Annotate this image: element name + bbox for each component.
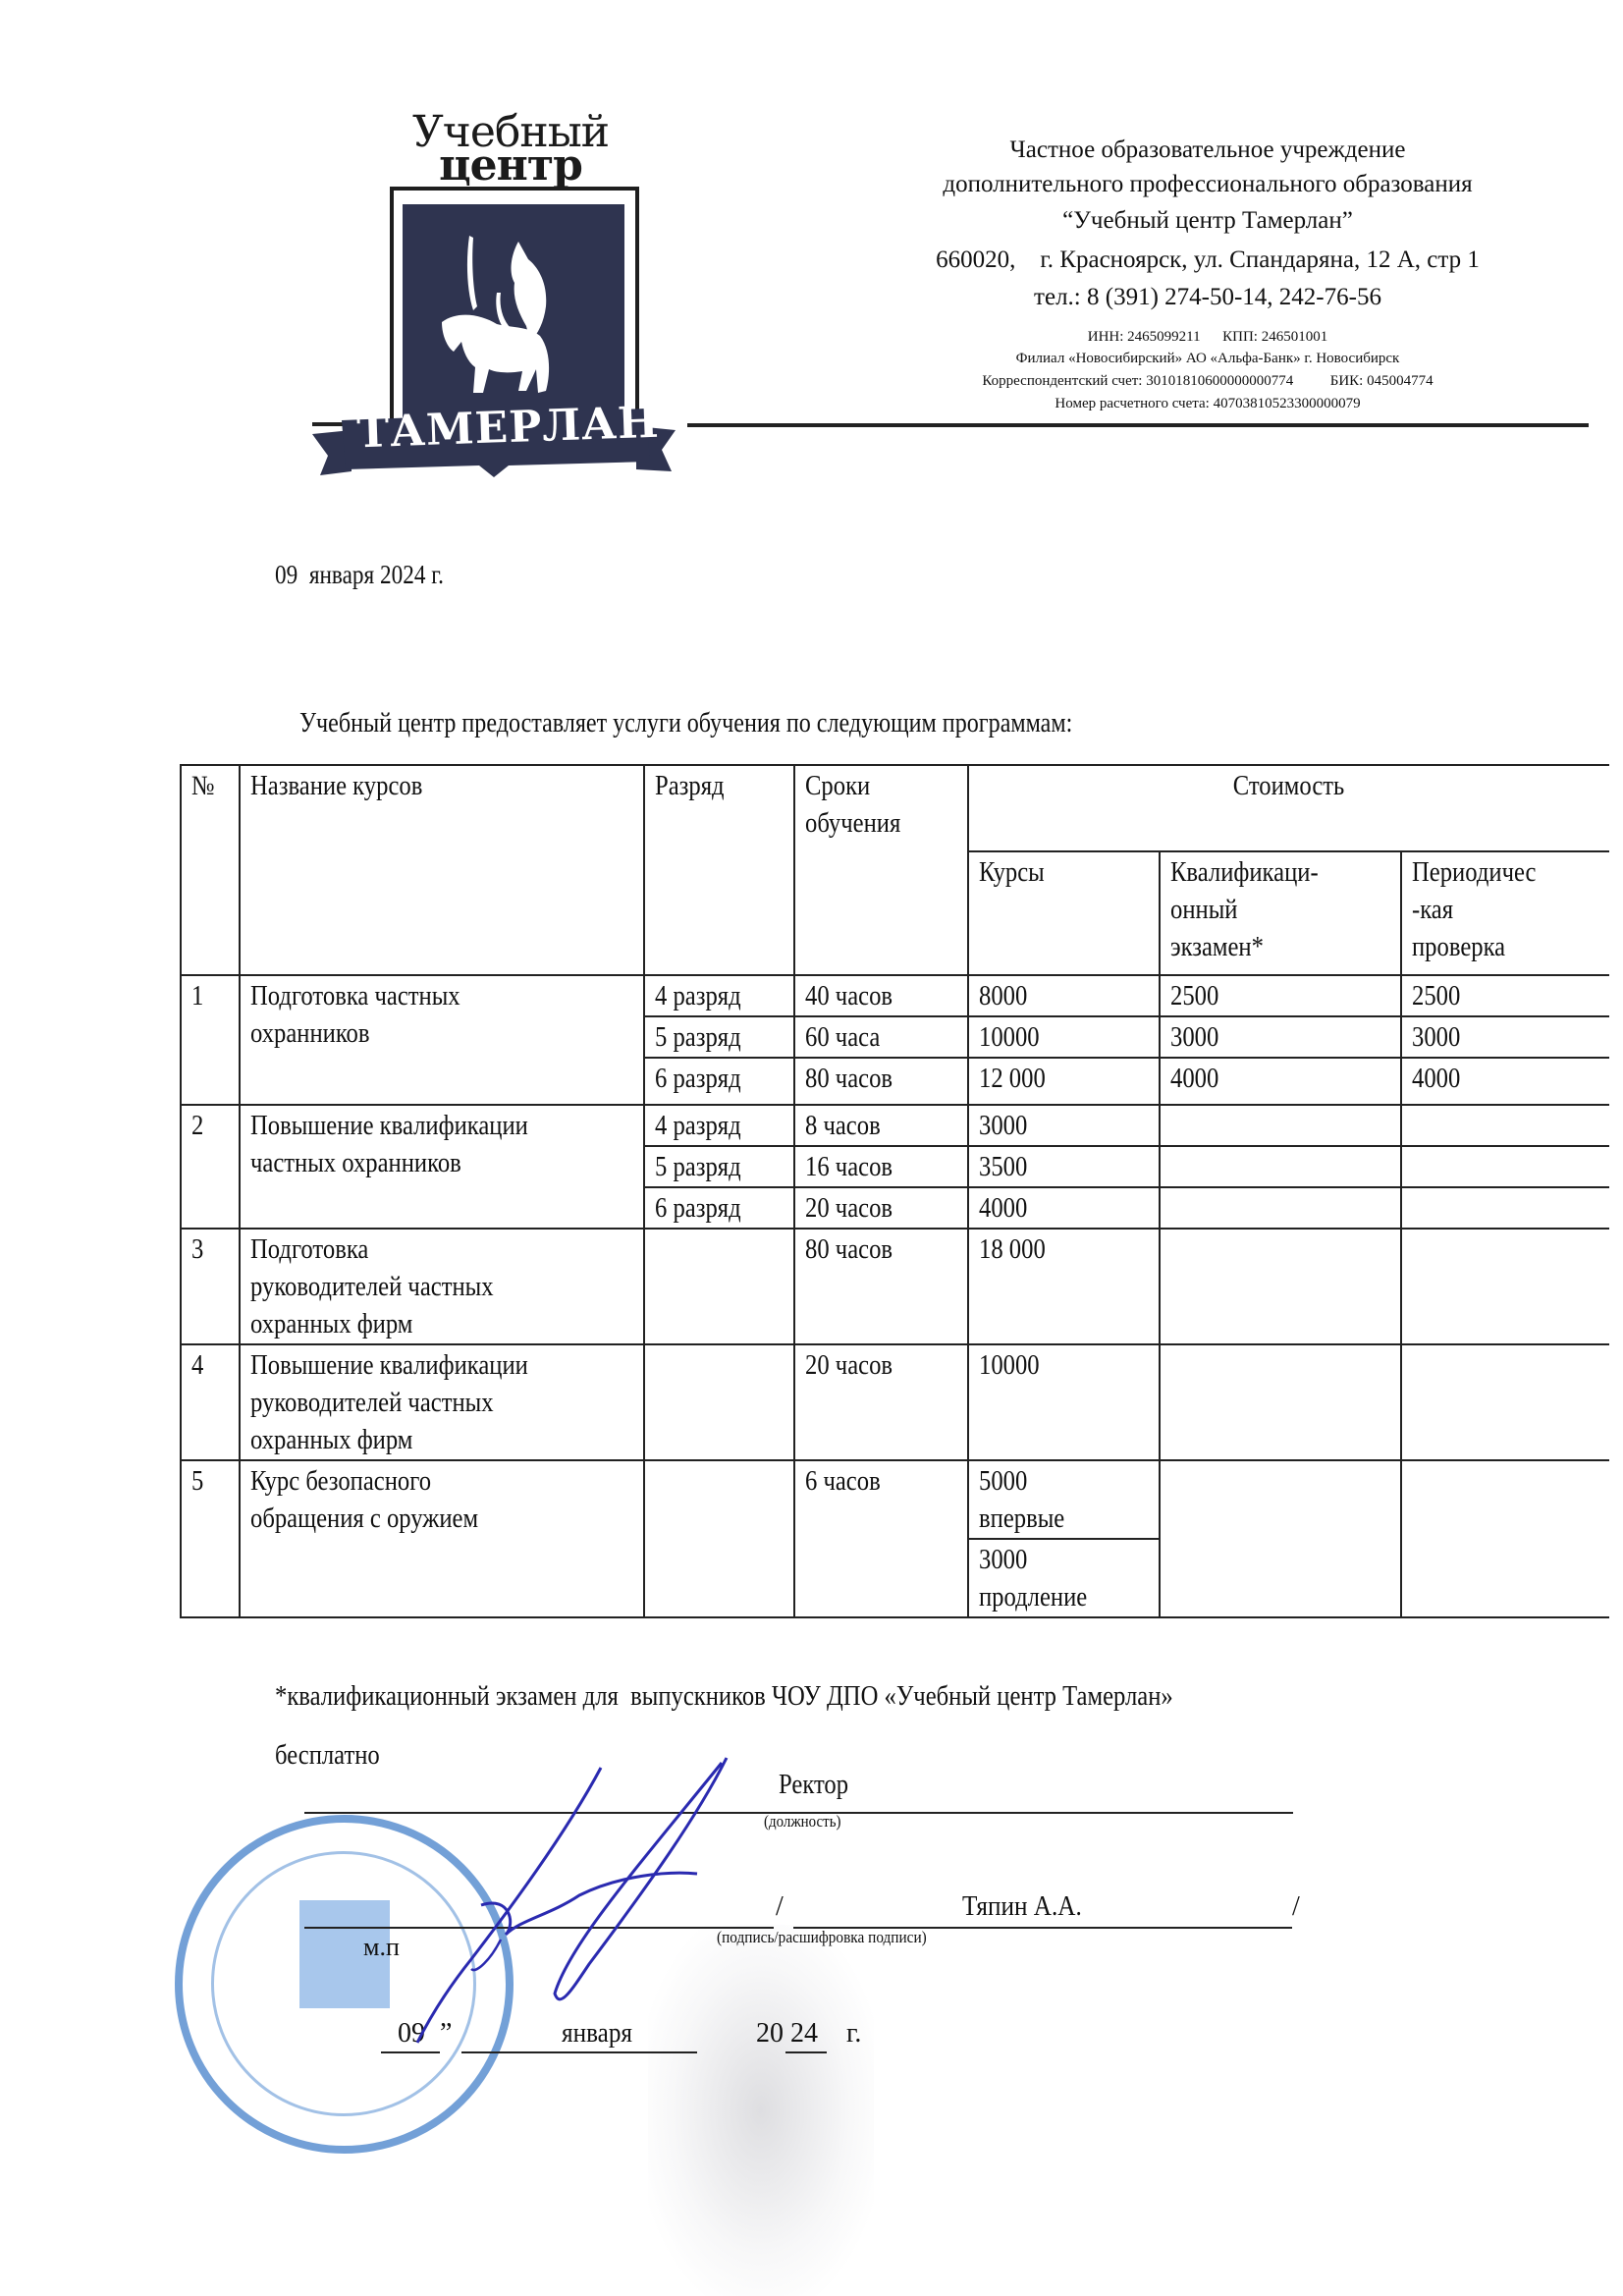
row-num: 5 bbox=[181, 1460, 240, 1617]
row-num: 1 bbox=[181, 975, 240, 1105]
row-grade: 4 разряд bbox=[644, 1105, 794, 1146]
row-duration: 80 часов bbox=[794, 1058, 968, 1105]
row-check-price bbox=[1401, 1187, 1609, 1229]
row-name: Повышение квалификациируководителей част… bbox=[240, 1344, 644, 1460]
org-name: “Учебный центр Тамерлан” bbox=[825, 204, 1591, 238]
row-grade: 5 разряд bbox=[644, 1016, 794, 1058]
row-duration: 16 часов bbox=[794, 1146, 968, 1187]
row-courses-price: 10000 bbox=[968, 1344, 1160, 1460]
row-name: Подготовкаруководителей частныхохранных … bbox=[240, 1229, 644, 1344]
row-name: Подготовка частныхохранников bbox=[240, 975, 644, 1105]
header-grade: Разряд bbox=[644, 765, 794, 975]
row-check-price bbox=[1401, 1344, 1609, 1460]
row-check-price: 2500 bbox=[1401, 975, 1609, 1016]
horseman-icon bbox=[403, 204, 624, 422]
row-name: Повышение квалификациичастных охранников bbox=[240, 1105, 644, 1229]
row-exam-price: 3000 bbox=[1160, 1016, 1401, 1058]
header-check: Периодичес-каяпроверка bbox=[1401, 851, 1609, 975]
row-check-price bbox=[1401, 1105, 1609, 1146]
header-courses: Курсы bbox=[968, 851, 1160, 975]
org-phone: тел.: 8 (391) 274-50-14, 242-76-56 bbox=[825, 281, 1591, 314]
row-duration: 60 часа bbox=[794, 1016, 968, 1058]
signer-name: Тяпин А.А. bbox=[962, 1891, 1082, 1923]
row-check-price bbox=[1401, 1229, 1609, 1344]
row-num: 2 bbox=[181, 1105, 240, 1229]
row-courses-price-renewal: 3000продление bbox=[968, 1539, 1160, 1617]
row-grade: 6 разряд bbox=[644, 1058, 794, 1105]
row-courses-price-first: 5000впервые bbox=[968, 1460, 1160, 1539]
row-duration: 20 часов bbox=[794, 1344, 968, 1460]
table-header-row: № Название курсов Разряд Срокиобучения С… bbox=[181, 765, 1609, 851]
row-exam-price: 2500 bbox=[1160, 975, 1401, 1016]
org-account: Номер расчетного счета: 4070381052330000… bbox=[825, 394, 1591, 414]
row-grade: 5 разряд bbox=[644, 1146, 794, 1187]
row-duration: 8 часов bbox=[794, 1105, 968, 1146]
row-name: Курс безопасногообращения с оружием bbox=[240, 1460, 644, 1617]
intro-text: Учебный центр предоставляет услуги обуче… bbox=[299, 708, 1072, 739]
row-exam-price bbox=[1160, 1187, 1401, 1229]
logo-title: Учебный центр bbox=[403, 116, 619, 183]
row-exam-price bbox=[1160, 1460, 1401, 1617]
row-check-price bbox=[1401, 1460, 1609, 1617]
row-courses-price: 12 000 bbox=[968, 1058, 1160, 1105]
org-address: 660020, г. Красноярск, ул. Спандаряна, 1… bbox=[825, 244, 1591, 277]
row-grade bbox=[644, 1229, 794, 1344]
row-grade: 4 разряд bbox=[644, 975, 794, 1016]
handwritten-signature bbox=[324, 1748, 776, 2072]
row-courses-price: 3500 bbox=[968, 1146, 1160, 1187]
row-check-price bbox=[1401, 1146, 1609, 1187]
org-bank: Филиал «Новосибирский» АО «Альфа-Банк» г… bbox=[825, 349, 1591, 369]
table-row: 1 Подготовка частныхохранников 4 разряд … bbox=[181, 975, 1609, 1016]
row-courses-price: 18 000 bbox=[968, 1229, 1160, 1344]
row-exam-price bbox=[1160, 1229, 1401, 1344]
row-check-price: 3000 bbox=[1401, 1016, 1609, 1058]
table-row: 3 Подготовкаруководителей частныхохранны… bbox=[181, 1229, 1609, 1344]
signature-slash-left: / bbox=[776, 1891, 784, 1923]
document-date: 09 января 2024 г. bbox=[275, 560, 444, 590]
row-num: 3 bbox=[181, 1229, 240, 1344]
signature-slash-right: / bbox=[1292, 1891, 1300, 1923]
table-row: 4 Повышение квалификациируководителей ча… bbox=[181, 1344, 1609, 1460]
row-grade bbox=[644, 1460, 794, 1617]
org-inn-kpp: ИНН: 2465099211 КПП: 246501001 bbox=[825, 327, 1591, 348]
sign-year-end: г. bbox=[846, 2018, 861, 2050]
price-table: № Название курсов Разряд Срокиобучения С… bbox=[180, 764, 1609, 1618]
row-num: 4 bbox=[181, 1344, 240, 1460]
sign-year-suffix: 24 bbox=[790, 2018, 818, 2050]
row-exam-price bbox=[1160, 1146, 1401, 1187]
row-duration: 80 часов bbox=[794, 1229, 968, 1344]
org-line1: Частное образовательное учреждение bbox=[825, 134, 1591, 167]
header-cost: Стоимость bbox=[968, 765, 1609, 851]
year-line bbox=[785, 2051, 827, 2053]
row-courses-price: 8000 bbox=[968, 975, 1160, 1016]
row-grade bbox=[644, 1344, 794, 1460]
header-num: № bbox=[181, 765, 240, 975]
row-exam-price bbox=[1160, 1344, 1401, 1460]
table-row: 2 Повышение квалификациичастных охранник… bbox=[181, 1105, 1609, 1146]
header-name: Название курсов bbox=[240, 765, 644, 975]
row-courses-price: 3000 bbox=[968, 1105, 1160, 1146]
header-duration: Срокиобучения bbox=[794, 765, 968, 975]
header-exam: Квалификаци-онныйэкзамен* bbox=[1160, 851, 1401, 975]
signer-position: Ректор bbox=[779, 1770, 848, 1801]
row-courses-price: 4000 bbox=[968, 1187, 1160, 1229]
org-line2: дополнительного профессионального образо… bbox=[825, 168, 1591, 201]
org-corr-account: Корреспондентский счет: 3010181060000000… bbox=[825, 371, 1591, 392]
row-check-price: 4000 bbox=[1401, 1058, 1609, 1105]
row-exam-price: 4000 bbox=[1160, 1058, 1401, 1105]
logo-horseman-emblem bbox=[403, 204, 624, 422]
row-duration: 40 часов bbox=[794, 975, 968, 1016]
row-grade: 6 разряд bbox=[644, 1187, 794, 1229]
footnote-line1: *квалификационный экзамен для выпускнико… bbox=[275, 1667, 1173, 1726]
row-courses-price: 10000 bbox=[968, 1016, 1160, 1058]
row-exam-price bbox=[1160, 1105, 1401, 1146]
row-duration: 6 часов bbox=[794, 1460, 968, 1617]
table-row: 5 Курс безопасногообращения с оружием 6 … bbox=[181, 1460, 1609, 1539]
row-duration: 20 часов bbox=[794, 1187, 968, 1229]
header-rule bbox=[687, 423, 1589, 427]
